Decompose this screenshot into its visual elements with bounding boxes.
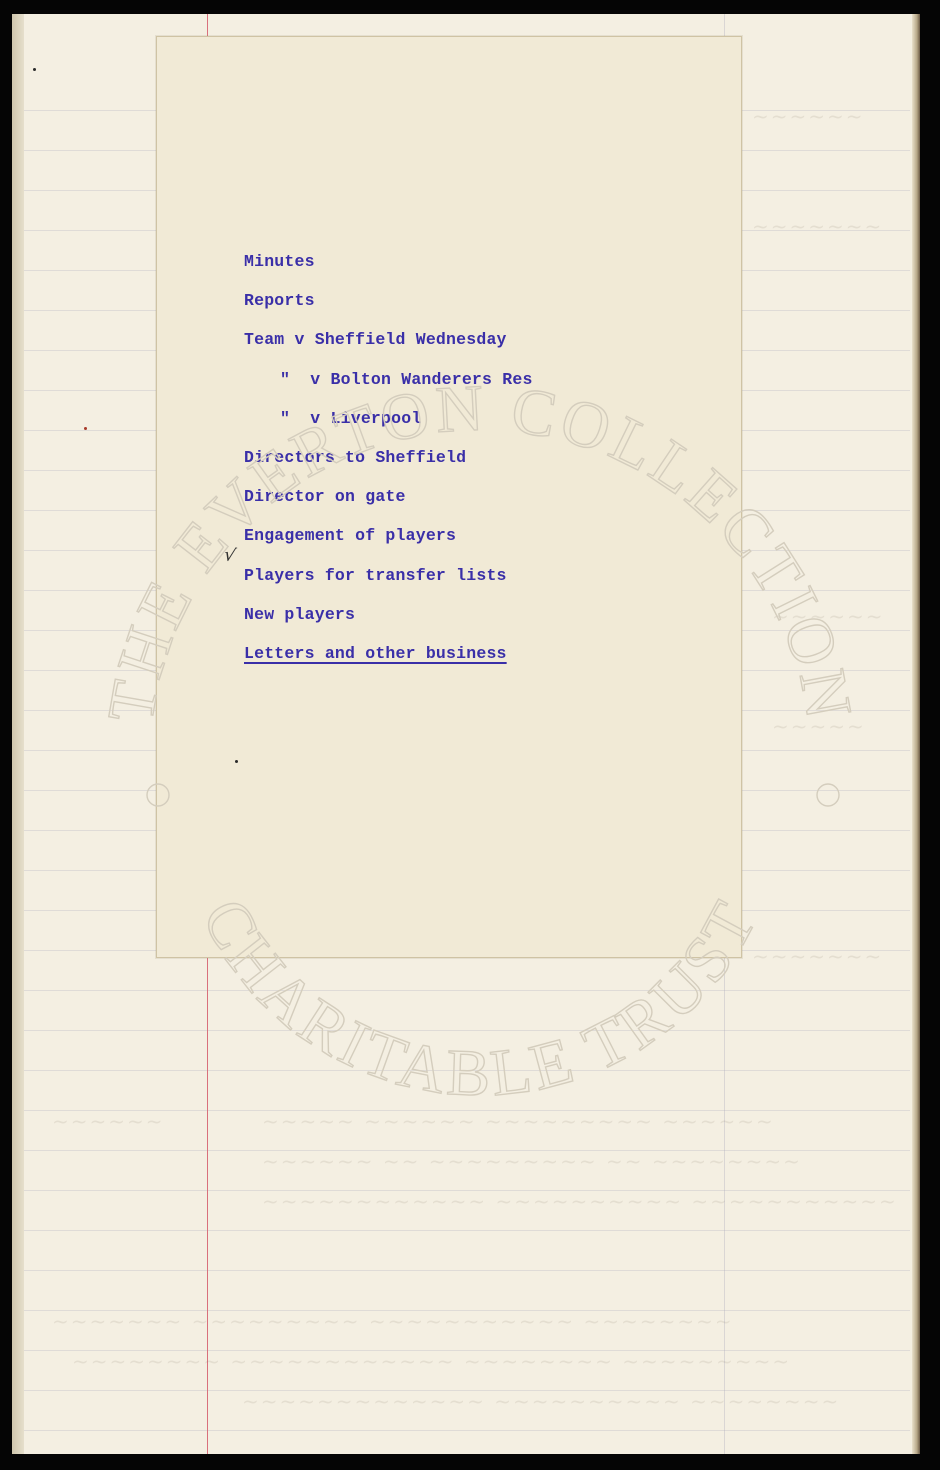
agenda-item-letters-and-other-business: Letters and other business	[244, 645, 533, 684]
agenda-item-minutes: Minutes	[244, 253, 533, 292]
bleed-through-handwriting: ~~~~~~~	[752, 944, 883, 968]
rule-line	[24, 990, 910, 991]
rule-line	[24, 1270, 910, 1271]
agenda-list: Minutes Reports Team v Sheffield Wednesd…	[244, 253, 533, 684]
agenda-item-label: Players for transfer lists	[244, 566, 507, 585]
agenda-item-new-players: New players	[244, 606, 533, 645]
rule-line	[24, 1430, 910, 1431]
agenda-item-label: Minutes	[244, 252, 315, 271]
bleed-through-handwriting: ~~~~~~~~ ~~~~~~~~~~~~ ~~~~~~~~ ~~~~~~~~~	[72, 1349, 791, 1373]
ink-speck	[84, 427, 87, 430]
agenda-item-label: Director on gate	[244, 487, 406, 506]
bleed-through-handwriting: ~~~~~~~~~~~~ ~~~~~~~~~~ ~~~~~~~~~~~	[262, 1189, 898, 1213]
bleed-through-handwriting: ~~~~~~~ ~~~~~~~~~ ~~~~~~~~~~~ ~~~~~~~~	[52, 1309, 734, 1333]
rule-line	[24, 1030, 910, 1031]
ink-speck	[33, 68, 36, 71]
agenda-item-label: " v Liverpool	[280, 409, 421, 428]
bleed-through-handwriting: ~~~~~~	[52, 1109, 165, 1133]
agenda-item-label: " v Bolton Wanderers Res	[280, 370, 533, 389]
agenda-item-players-for-transfer-lists: Players for transfer lists	[244, 567, 533, 606]
agenda-item-director-on-gate: Director on gate	[244, 488, 533, 527]
bleed-through-handwriting: ~~~~~ ~~~~~~ ~~~~~~~~~ ~~~~~~	[262, 1109, 775, 1133]
agenda-item-team-v-liverpool: " v Liverpool	[244, 410, 533, 449]
agenda-item-label: New players	[244, 605, 355, 624]
agenda-item-reports: Reports	[244, 292, 533, 331]
bleed-through-handwriting: ~~~~~~	[772, 604, 885, 628]
agenda-item-label: Engagement of players	[244, 526, 456, 545]
agenda-item-team-v-sheffield-wednesday: Team v Sheffield Wednesday	[244, 331, 533, 370]
agenda-item-team-v-bolton-wanderers-res: " v Bolton Wanderers Res	[244, 371, 533, 410]
rule-line	[24, 1230, 910, 1231]
agenda-item-label: Team v Sheffield Wednesday	[244, 330, 507, 349]
bleed-through-handwriting: ~~~~~	[772, 714, 866, 738]
bleed-through-handwriting: ~~~~~~ ~~ ~~~~~~~~~ ~~ ~~~~~~~~	[262, 1149, 802, 1173]
bleed-through-handwriting: ~~~~~~~	[752, 214, 883, 238]
agenda-item-label: Letters and other business	[244, 644, 507, 663]
bleed-through-handwriting: ~~~~~~	[752, 104, 865, 128]
page-edge-left	[12, 14, 24, 1454]
agenda-item-label: Directors to Sheffield	[244, 448, 466, 467]
agenda-item-engagement-of-players: Engagement of players	[244, 527, 533, 566]
bleed-through-handwriting: ~~~~~~~~~~~~~ ~~~~~~~~~~ ~~~~~~~~	[242, 1389, 840, 1413]
page-edge-right	[912, 14, 920, 1454]
agenda-item-directors-to-sheffield: Directors to Sheffield	[244, 449, 533, 488]
agenda-item-label: Reports	[244, 291, 315, 310]
rule-line	[24, 1070, 910, 1071]
ink-speck	[235, 760, 238, 763]
